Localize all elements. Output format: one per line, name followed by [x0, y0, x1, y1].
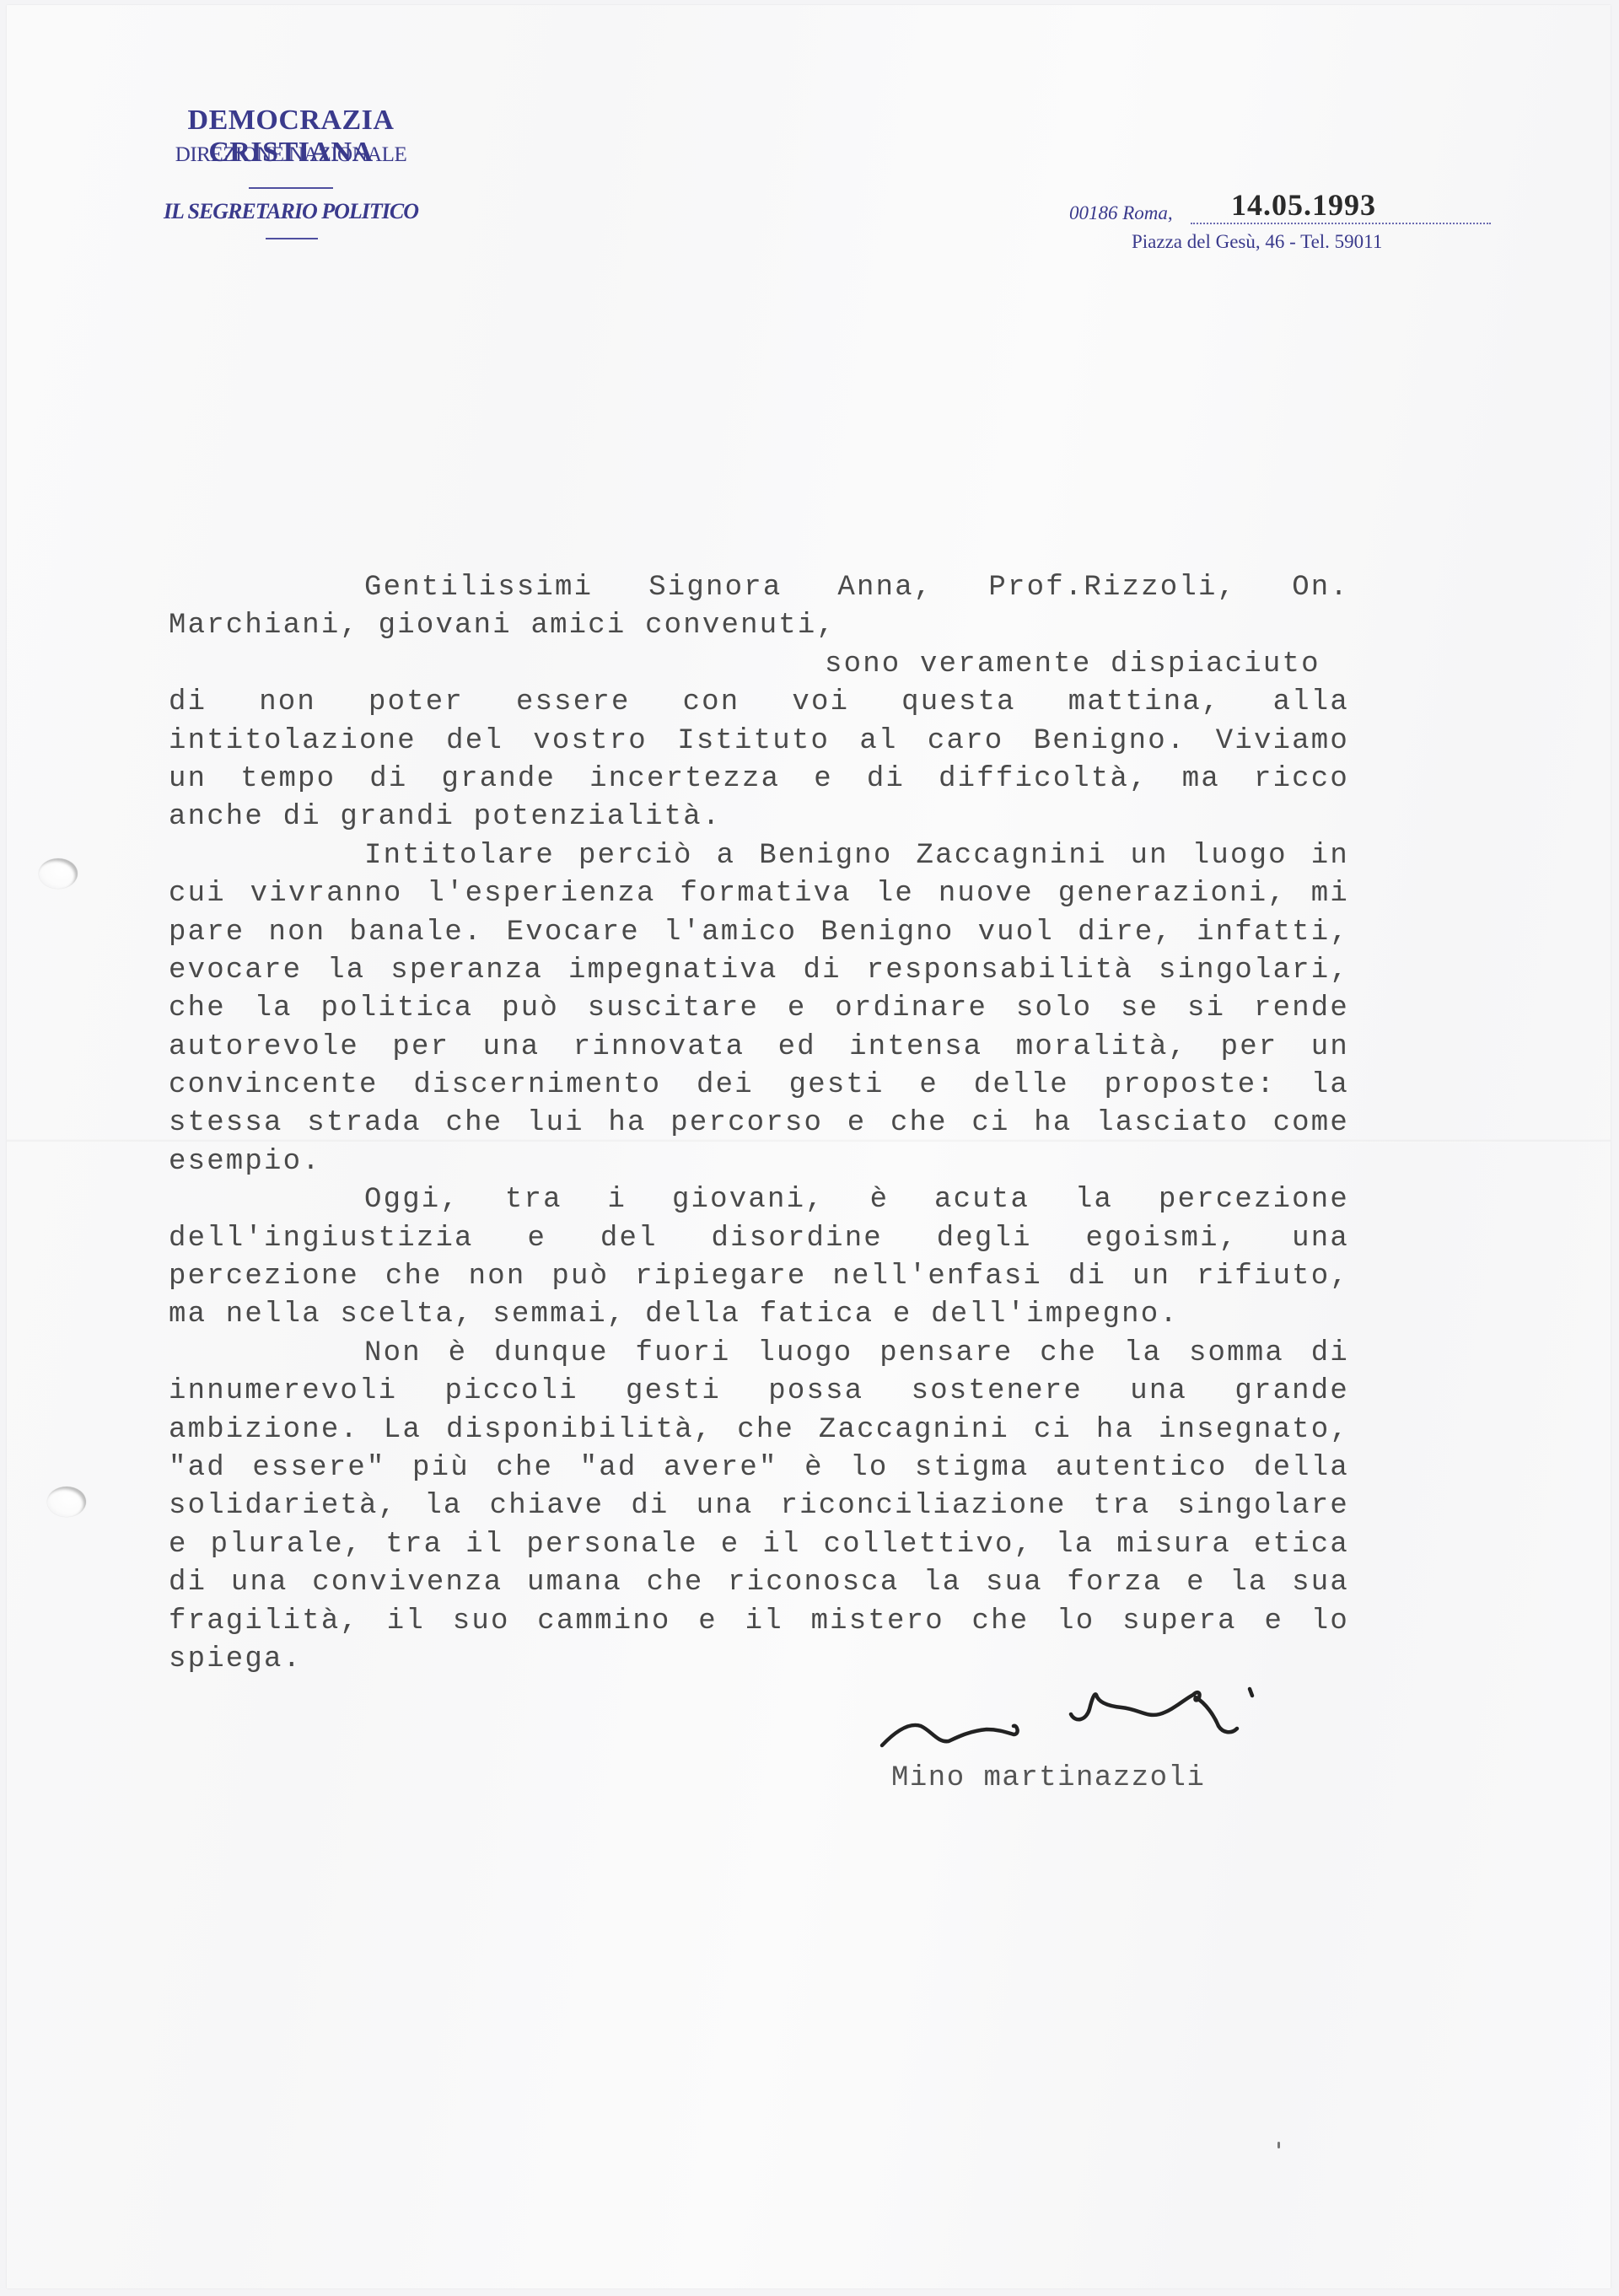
letter-line: sono veramente dispiaciuto: [169, 646, 1349, 684]
date-dotted-line: [1191, 223, 1491, 224]
letter-line: di non poter essere con voi questa matti…: [169, 684, 1349, 722]
letter-line: e plurale, tra il personale e il collett…: [169, 1526, 1349, 1564]
punch-hole-icon: [47, 1487, 86, 1517]
letter-line: convincente discernimento dei gesti e de…: [169, 1067, 1349, 1105]
paper-speck: [1277, 2142, 1280, 2148]
letter-line: Marchiani, giovani amici convenuti,: [169, 607, 1349, 645]
letter-line: ma nella scelta, semmai, della fatica e …: [169, 1296, 1349, 1334]
letter-line: Gentilissimi Signora Anna, Prof.Rizzoli,…: [169, 569, 1349, 607]
letter-line: Non è dunque fuori luogo pensare che la …: [169, 1335, 1349, 1373]
letter-line: stessa strada che lui ha percorso e che …: [169, 1105, 1349, 1143]
office-title: IL SEGRETARIO POLITICO: [110, 199, 472, 224]
letter-line: ambizione. La disponibilità, che Zaccagn…: [169, 1411, 1349, 1449]
division-name: DIREZIONE NAZIONALE: [110, 143, 472, 167]
punch-hole-icon: [39, 858, 78, 889]
letter-line: solidarietà, la chiave di una riconcilia…: [169, 1487, 1349, 1525]
letterhead-divider: [249, 187, 333, 189]
letter-line: Oggi, tra i giovani, è acuta la percezio…: [169, 1181, 1349, 1219]
letter-line: dell'ingiustizia e del disordine degli e…: [169, 1220, 1349, 1258]
letter-line: fragilità, il suo cammino e il mistero c…: [169, 1603, 1349, 1641]
letter-line: esempio.: [169, 1143, 1349, 1181]
handwritten-signature-icon: [860, 1674, 1315, 1766]
letter-line: "ad essere" più che "ad avere" è lo stig…: [169, 1449, 1349, 1487]
letter-line: Intitolare perciò a Benigno Zaccagnini u…: [169, 837, 1349, 875]
letter-body: Gentilissimi Signora Anna, Prof.Rizzoli,…: [169, 569, 1349, 1679]
letter-line: evocare la speranza impegnativa di respo…: [169, 952, 1349, 990]
letter-line: autorevole per una rinnovata ed intensa …: [169, 1029, 1349, 1067]
letter-date: 14.05.1993: [1231, 187, 1376, 223]
sender-address: Piazza del Gesù, 46 - Tel. 59011: [1132, 231, 1382, 253]
letter-line: innumerevoli piccoli gesti possa sostene…: [169, 1373, 1349, 1411]
letter-line: anche di grandi potenzialità.: [169, 798, 1349, 836]
letter-line: di una convivenza umana che riconosca la…: [169, 1564, 1349, 1602]
place-prefix: 00186 Roma,: [1069, 202, 1173, 224]
letter-line: pare non banale. Evocare l'amico Benigno…: [169, 914, 1349, 952]
letter-line: un tempo di grande incertezza e di diffi…: [169, 761, 1349, 798]
letterhead-divider: [266, 238, 318, 239]
letter-line: che la politica può suscitare e ordinare…: [169, 990, 1349, 1028]
letter-line: cui vivranno l'esperienza formativa le n…: [169, 875, 1349, 913]
letter-line: percezione che non può ripiegare nell'en…: [169, 1258, 1349, 1296]
letter-line: intitolazione del vostro Istituto al car…: [169, 723, 1349, 761]
signatory-name: Mino martinazzoli: [891, 1762, 1205, 1794]
